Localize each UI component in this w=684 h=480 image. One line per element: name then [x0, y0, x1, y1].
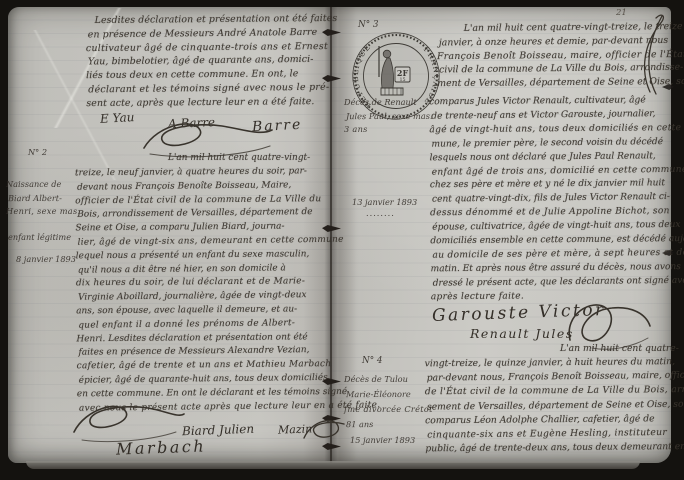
manuscript-text-line: déclarant et les témoins signé avec nous… [88, 81, 340, 98]
manuscript-text-line: sent acte, après que lecture leur en a é… [86, 95, 338, 111]
manuscript-text-line: de trente-neuf ans et Victor Garouste, j… [431, 107, 684, 124]
underlying-page-edge [26, 461, 640, 469]
manuscript-text-line: public, âgé de trente-deux ans, tous deu… [425, 440, 684, 457]
act2-margin-status: enfant légitime [8, 231, 71, 245]
act3-margin-note: Décès de RenaultJules Paul, sexe mas.3 a… [344, 96, 431, 137]
signature-declarant-biard: Biard Julien [182, 422, 255, 439]
act4-opening-line: L'an mil huit cent quatre- [560, 342, 679, 356]
signature-declarant-renault: Renault Jules [470, 326, 574, 341]
manuscript-text-line: Décès de Renault [344, 96, 431, 110]
signature-witness-yau: E Yau [100, 110, 135, 126]
scanned-register-spread: Lesdites déclaration et présentation ont… [0, 0, 684, 480]
manuscript-text-line: 3 ans [344, 123, 431, 137]
manuscript-text-line: Henri, sexe mas. [6, 205, 80, 219]
act2-margin-note: Naissance deBiard Albert-Henri, sexe mas… [6, 178, 80, 219]
manuscript-text-line: mune, le premier père, le second voisin … [431, 135, 684, 152]
signature-paraph [300, 412, 348, 448]
stamp-value-main: 2F [397, 68, 409, 78]
act4-margin-note: Décès de TulouMarie-Éléonorefme divorcée… [344, 372, 433, 432]
act2-margin-number: N° 2 [28, 146, 47, 160]
manuscript-text-line: 81 ans [346, 417, 435, 432]
manuscript-text-line: janvier, à onze heures et demie, par-dev… [439, 33, 684, 50]
manuscript-text-line: Biard Albert- [8, 191, 82, 205]
act3-paragraph-beside-stamp: L'an mil huit cent quatre-vingt-treize, … [437, 20, 684, 91]
manuscript-text-line: Décès de Tulou [344, 372, 433, 387]
act2-opening-line: L'an mil huit cent quatre-vingt- [168, 152, 310, 166]
signature-witness-marbach: Marbach [116, 436, 207, 458]
manuscript-text-line: en présence de Messieurs André Anatole B… [88, 25, 340, 42]
manuscript-text-line: épouse, cultivatrice, âgée de vingt-huit… [432, 218, 684, 235]
manuscript-text-line: qu'il nous a dit être né hier, en son do… [78, 261, 379, 278]
act3-body-paragraph: comparus Jules Victor Renault, cultivate… [429, 94, 684, 305]
act3-margin-dotted-line: ........ [366, 207, 395, 221]
act1-closing-paragraph: Lesdites déclaration et présentation ont… [86, 12, 338, 111]
act4-body-paragraph: vingt-treize, le quinze janvier, à huit … [425, 355, 684, 457]
manuscript-text-line: Marie-Éléonore [346, 387, 435, 402]
manuscript-text-line: Naissance de [6, 178, 80, 192]
stamp-value-small: 15 [399, 77, 405, 83]
manuscript-text-line: fme divorcée Crétot [344, 402, 433, 417]
manuscript-text-line: Jules Paul, sexe mas. [346, 109, 433, 123]
act4-margin-number: N° 4 [362, 355, 383, 369]
act2-body-paragraph: treize, le neuf janvier, à quatre heures… [75, 165, 378, 416]
manuscript-text-line: cinquante-six ans et Eugène Hesling, ins… [427, 425, 684, 443]
manuscript-text-line: sement de Versailles, département de Sei… [427, 397, 684, 415]
manuscript-text-line: ment de Versailles, département de Seine… [437, 75, 684, 91]
manuscript-text-line: enfant âgé de trois ans, domicilié en ce… [432, 163, 684, 180]
manuscript-text-line: dressé le présent acte, que les déclaran… [433, 274, 684, 291]
act4-margin-date: 15 janvier 1893 [350, 434, 415, 448]
act2-margin-date: 8 janvier 1893 [16, 253, 76, 267]
manuscript-text-line: au domicile de ses père et mère, à sept … [432, 246, 684, 263]
